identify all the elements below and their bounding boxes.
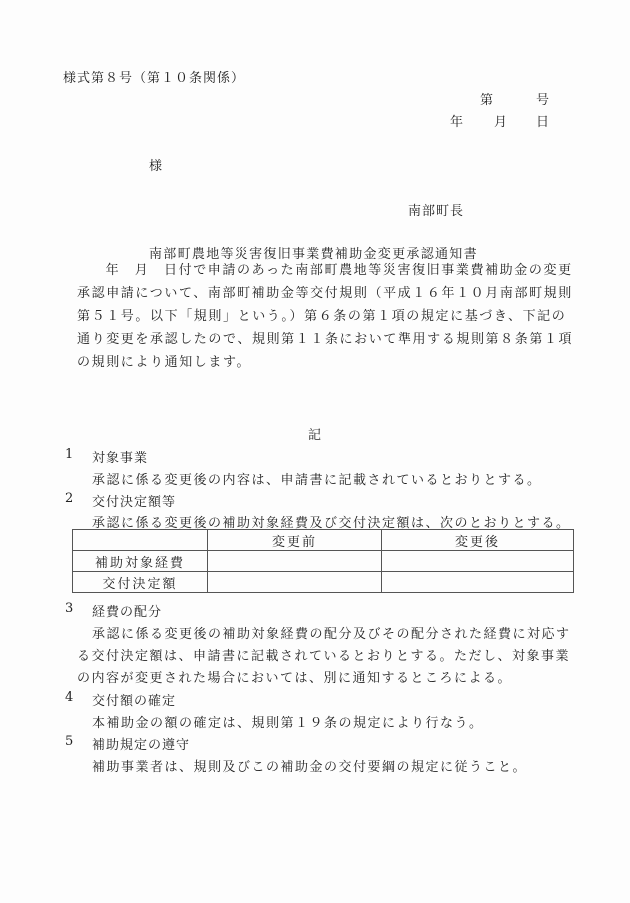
- section-1-text: 承認に係る変更後の内容は、申請書に記載されているとおりとする。: [92, 469, 542, 488]
- section-4-text: 本補助金の額の確定は、規則第１９条の規定により行なう。: [92, 712, 484, 731]
- issuer: 南部町長: [408, 200, 464, 219]
- body-line: の規則により通知します。: [77, 351, 577, 374]
- table-row: 補助対象経費: [73, 551, 574, 572]
- addressee-suffix: 様: [149, 155, 163, 174]
- body-line: 第５１号。以下「規則」という。）第６条の第１項の規定に基づき、下記の: [77, 305, 577, 328]
- body-line: 年 月 日付で申請のあった南部町農地等災害復旧事業費補助金の変更: [77, 259, 577, 282]
- section-4-heading: 交付額の確定: [92, 690, 176, 709]
- table-cell: [382, 572, 574, 593]
- section-5-text: 補助事業者は、規則及びこの補助金の交付要綱の規定に従うこと。: [92, 756, 527, 775]
- amount-table: 変更前 変更後 補助対象経費 交付決定額: [72, 529, 574, 593]
- section-5-number: 5: [65, 734, 74, 749]
- section-2-number: 2: [65, 491, 74, 506]
- table-row-label: 補助対象経費: [73, 551, 208, 572]
- section-3-text: 承認に係る変更後の補助対象経費の配分及びその配分された経費に対応す: [92, 623, 571, 642]
- section-4-number: 4: [65, 690, 74, 705]
- body-paragraph: 年 月 日付で申請のあった南部町農地等災害復旧事業費補助金の変更 承認申請につい…: [77, 259, 577, 374]
- section-3-heading: 経費の配分: [92, 601, 162, 620]
- table-cell: [208, 551, 382, 572]
- table-header-cell: 変更後: [382, 530, 574, 551]
- section-1-heading: 対象事業: [92, 447, 148, 466]
- date-day: 日: [536, 111, 550, 130]
- table-row: 交付決定額: [73, 572, 574, 593]
- section-5-heading: 補助規定の遵守: [92, 734, 190, 753]
- table-header-row: 変更前 変更後: [73, 530, 574, 551]
- table-header-cell: 変更前: [208, 530, 382, 551]
- number-prefix: 第: [480, 89, 494, 108]
- date-year: 年: [450, 111, 464, 130]
- date-month: 月: [494, 111, 508, 130]
- table-cell: [382, 551, 574, 572]
- form-label: 様式第８号（第１０条関係）: [63, 67, 245, 86]
- section-3-text: の内容が変更された場合においては、別に通知するところによる。: [77, 667, 512, 686]
- table-header-cell: [73, 530, 208, 551]
- body-line: 承認申請について、南部町補助金等交付規則（平成１６年１０月南部町規則: [77, 282, 577, 305]
- section-3-number: 3: [65, 601, 74, 616]
- number-suffix: 号: [536, 89, 550, 108]
- section-1-number: 1: [65, 447, 74, 462]
- section-3-text: る交付決定額は、申請書に記載されているとおりとする。ただし、対象事業: [77, 645, 570, 664]
- table-row-label: 交付決定額: [73, 572, 208, 593]
- section-2-heading: 交付決定額等: [92, 491, 176, 510]
- body-line: 通り変更を承認したので、規則第１１条において準用する規則第８条第１項: [77, 328, 577, 351]
- ki-heading: 記: [308, 424, 322, 443]
- table-cell: [208, 572, 382, 593]
